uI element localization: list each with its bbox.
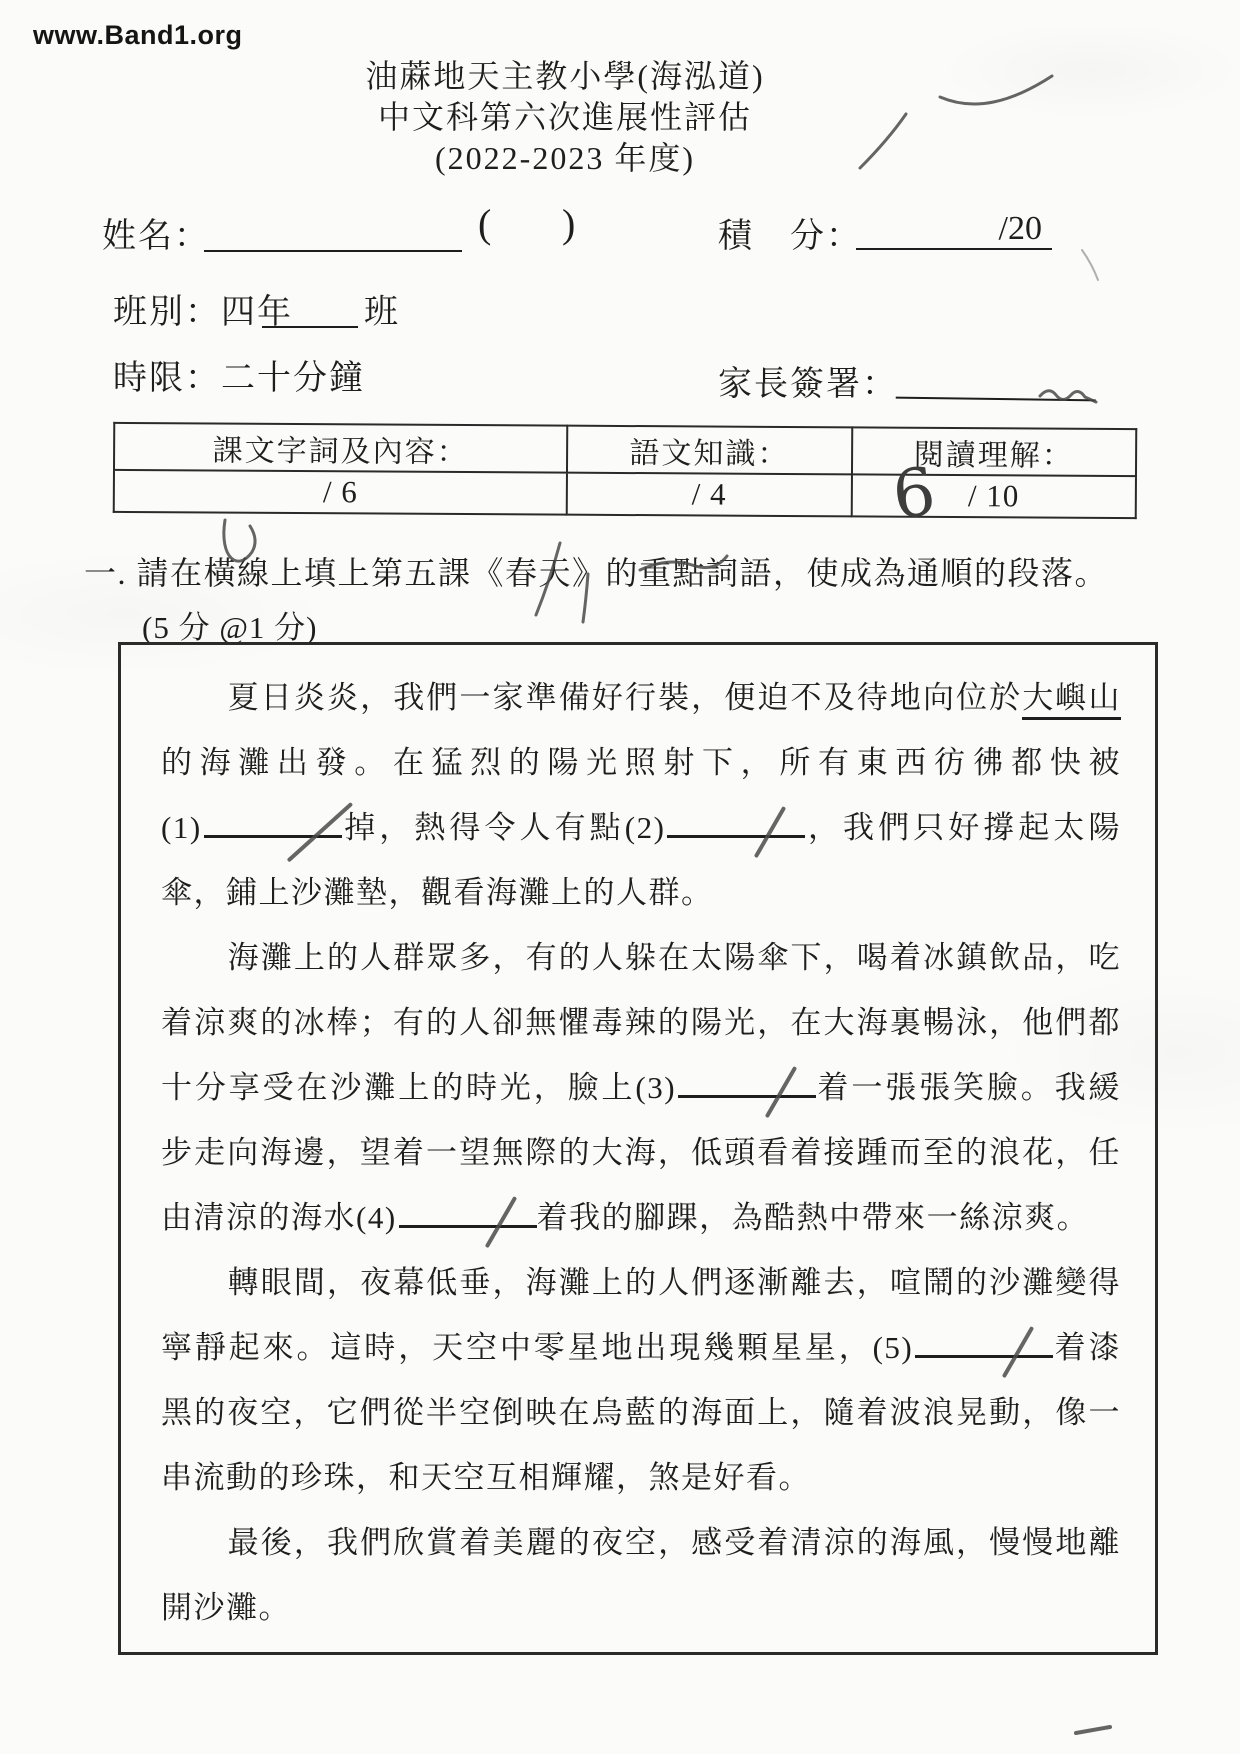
passage-text: 掉，熱得令人有點 — [342, 810, 625, 845]
blank-underline[interactable] — [399, 1220, 537, 1228]
passage-paragraph: 最後，我們欣賞着美麗的夜空，感受着清涼的海風，慢慢地離開沙灘。 — [161, 1510, 1121, 1640]
passage-text: 着我的腳踝，為酷熱中帶來一絲涼爽。 — [537, 1200, 1090, 1235]
underlined-term: 大嶼山 — [1022, 680, 1121, 720]
blank-underline[interactable] — [667, 830, 805, 838]
name-label: 姓名： — [102, 208, 210, 257]
passage-text: 的海灘出發。在猛烈的陽光照射下，所有東西彷彿都快被 — [161, 745, 1121, 780]
col-header-language: 語文知識： — [567, 426, 852, 475]
score-summary-table: 課文字詞及內容： 語文知識： 閱讀理解： / 6 / 4 / 10 — [113, 422, 1138, 519]
col-value-language: / 4 — [567, 473, 852, 517]
pen-mark-bottom-dash — [1076, 1727, 1110, 1733]
score-label: 積 分： — [718, 208, 862, 257]
fill-blank-1[interactable]: (1) — [161, 810, 342, 845]
fill-blank-3[interactable]: (3) — [635, 1070, 816, 1105]
fill-blank-2[interactable]: (2) — [625, 810, 806, 845]
name-paren-open: ( — [478, 200, 491, 247]
class-underline[interactable] — [262, 290, 358, 328]
blank-label: (1) — [161, 810, 202, 845]
blank-label: (4) — [356, 1200, 397, 1235]
score-total: /20 — [999, 210, 1042, 247]
passage-text: 夏日炎炎，我們一家準備好行裝，便迫不及待地向位於 — [228, 680, 1023, 715]
fill-blank-4[interactable]: (4) — [356, 1200, 537, 1235]
marks-note: (5 分 @1 分) — [142, 602, 317, 647]
name-underline[interactable] — [204, 214, 462, 252]
exam-header: 油蔴地天主教小學(海泓道) 中文科第六次進展性評估 (2022-2023 年度) — [0, 56, 1185, 179]
passage-text: 最後，我們欣賞着美麗的夜空，感受着清涼的海風，慢慢地離開沙灘。 — [161, 1525, 1121, 1625]
time-limit-label: 時限：二十分鐘 — [113, 350, 365, 399]
passage-box: 夏日炎炎，我們一家準備好行裝，便迫不及待地向位於大嶼山的海灘出發。在猛烈的陽光照… — [118, 642, 1158, 1655]
name-paren-close: ) — [562, 200, 575, 247]
scanned-exam-page: www.Band1.org 油蔴地天主教小學(海泓道) 中文科第六次進展性評估 … — [0, 0, 1240, 1754]
school-name: 油蔴地天主教小學(海泓道) — [0, 56, 1185, 97]
parent-signature-label: 家長簽署： — [718, 356, 898, 405]
blank-label: (5) — [873, 1330, 914, 1365]
col-header-vocab: 課文字詞及內容： — [114, 423, 567, 473]
question-text: 請在橫線上填上第五課《春天》的重點詞語，使成為通順的段落。 — [137, 555, 1109, 591]
blank-label: (3) — [635, 1070, 676, 1105]
fill-blank-5[interactable]: (5) — [873, 1330, 1054, 1365]
blank-underline[interactable] — [915, 1350, 1053, 1358]
passage: 夏日炎炎，我們一家準備好行裝，便迫不及待地向位於大嶼山的海灘出發。在猛烈的陽光照… — [161, 665, 1121, 1640]
passage-paragraph: 轉眼間，夜幕低垂，海灘上的人們逐漸離去，喧鬧的沙灘變得寧靜起來。這時，天空中零星… — [161, 1250, 1121, 1510]
exam-year: (2022-2023 年度) — [0, 138, 1185, 179]
question-number: 一. — [84, 555, 127, 591]
blank-label: (2) — [625, 810, 666, 845]
passage-paragraph: 夏日炎炎，我們一家準備好行裝，便迫不及待地向位於大嶼山的海灘出發。在猛烈的陽光照… — [161, 665, 1121, 925]
parent-signature-underline[interactable] — [896, 359, 1097, 402]
pen-mark-score-slash — [1082, 250, 1098, 280]
col-value-vocab: / 6 — [114, 470, 567, 515]
passage-paragraph: 海灘上的人群眾多，有的人躲在太陽傘下，喝着冰鎮飲品，吃着涼爽的冰棒；有的人卻無懼… — [161, 925, 1121, 1250]
exam-title: 中文科第六次進展性評估 — [0, 97, 1185, 138]
score-underline[interactable]: /20 — [856, 210, 1052, 250]
question-line: 一. 請在橫線上填上第五課《春天》的重點詞語，使成為通順的段落。 — [84, 548, 1108, 594]
watermark: www.Band1.org — [33, 20, 243, 51]
blank-underline[interactable] — [678, 1090, 816, 1098]
class-suffix: 班 — [364, 284, 400, 333]
